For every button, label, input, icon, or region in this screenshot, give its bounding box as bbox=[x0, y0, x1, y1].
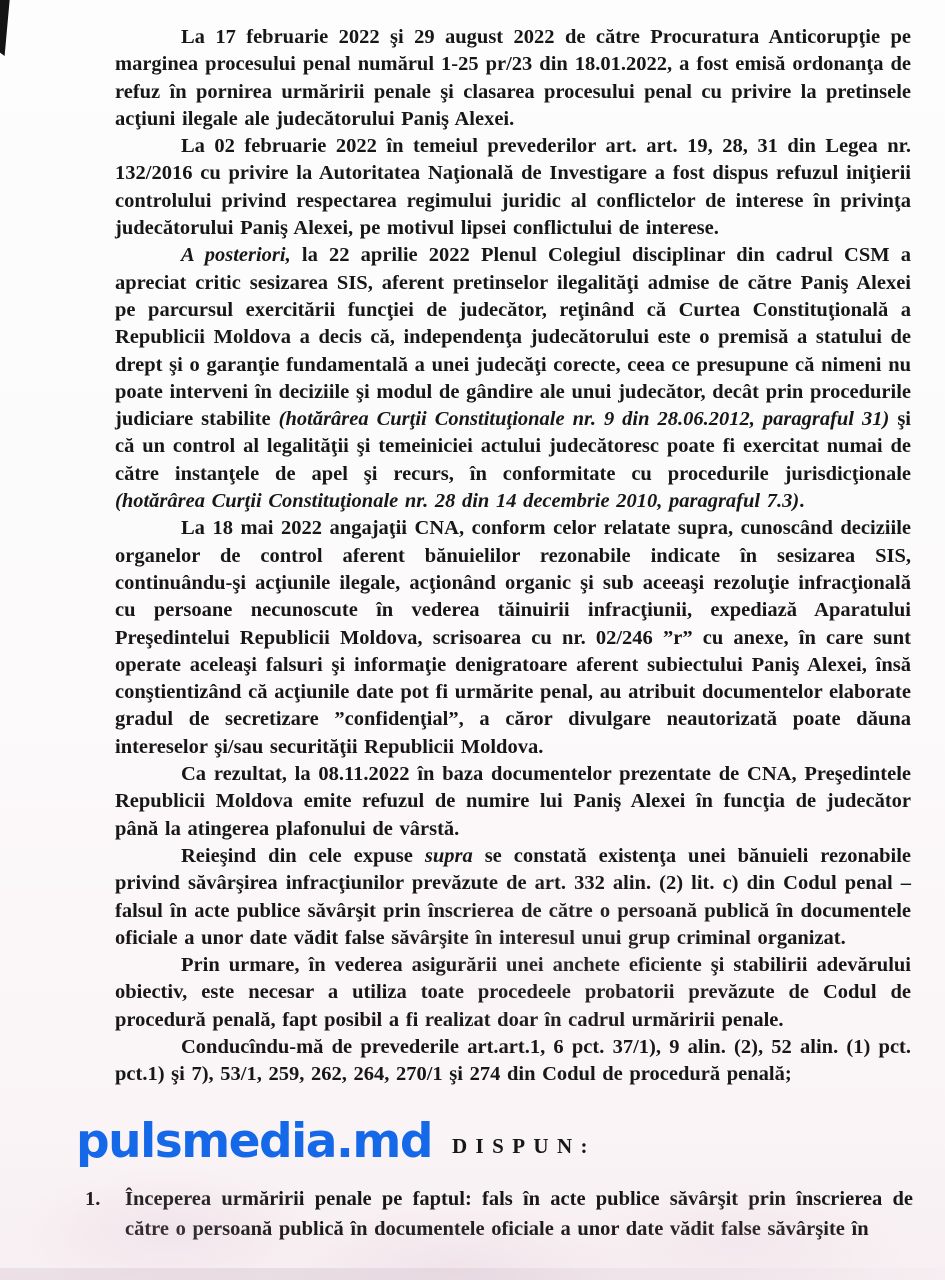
paragraph-text: Prin urmare, în vederea asigurării unei … bbox=[115, 954, 911, 1031]
list-item-number: 1. bbox=[85, 1184, 125, 1214]
paragraph-text: Reieşind din cele expuse bbox=[181, 845, 425, 867]
document-body: La 17 februarie 2022 şi 29 august 2022 d… bbox=[115, 24, 911, 1089]
paragraph-refuz-pornire: La 17 februarie 2022 şi 29 august 2022 d… bbox=[115, 24, 911, 133]
paragraph-text: La 02 februarie 2022 în temeiul preveder… bbox=[115, 135, 911, 239]
scan-artifact-corner-mark bbox=[0, 0, 10, 56]
paragraph-legea-132: La 02 februarie 2022 în temeiul preveder… bbox=[115, 133, 911, 242]
dispun-heading: DISPUN: bbox=[452, 1134, 596, 1159]
paragraph-reiesind: Reieşind din cele expuse supra se consta… bbox=[115, 843, 911, 952]
list-item-text: Începerea urmăririi penale pe faptul: fa… bbox=[125, 1184, 913, 1244]
paragraph-conducindu-ma: Conducîndu-mă de prevederile art.art.1, … bbox=[115, 1034, 911, 1089]
paragraph-text-italic: (hotărârea Curţii Constituţionale nr. 9 … bbox=[279, 408, 890, 430]
paragraph-text: Conducîndu-mă de prevederile art.art.1, … bbox=[115, 1036, 911, 1085]
list-item: 1. Începerea urmăririi penale pe faptul:… bbox=[85, 1184, 913, 1244]
paragraph-text: La 17 februarie 2022 şi 29 august 2022 d… bbox=[115, 26, 911, 130]
paragraph-prin-urmare: Prin urmare, în vederea asigurării unei … bbox=[115, 952, 911, 1034]
paragraph-text: . bbox=[799, 490, 804, 512]
scanned-document-page: La 17 februarie 2022 şi 29 august 2022 d… bbox=[0, 0, 945, 1280]
paragraph-a-posteriori: A posteriori, la 22 aprilie 2022 Plenul … bbox=[115, 242, 911, 515]
paragraph-ca-rezultat: Ca rezultat, la 08.11.2022 în baza docum… bbox=[115, 761, 911, 843]
paragraph-text: La 18 mai 2022 angajaţii CNA, conform ce… bbox=[115, 517, 911, 757]
paragraph-text: la 22 aprilie 2022 Plenul Colegiul disci… bbox=[115, 244, 911, 430]
pulsmedia-watermark: pulsmedia.md bbox=[76, 1118, 432, 1165]
dispun-row: pulsmedia.md DISPUN: bbox=[76, 1108, 596, 1174]
scan-artifact-bottom-edge bbox=[0, 1268, 945, 1280]
paragraph-text-italic: (hotărârea Curţii Constituţionale nr. 28… bbox=[115, 490, 799, 512]
paragraph-text-italic: A posteriori, bbox=[181, 244, 291, 266]
paragraph-text-italic: supra bbox=[425, 845, 473, 867]
ordered-list: 1. Începerea urmăririi penale pe faptul:… bbox=[85, 1184, 913, 1244]
paragraph-18-mai: La 18 mai 2022 angajaţii CNA, conform ce… bbox=[115, 515, 911, 761]
paragraph-text: Ca rezultat, la 08.11.2022 în baza docum… bbox=[115, 763, 911, 840]
